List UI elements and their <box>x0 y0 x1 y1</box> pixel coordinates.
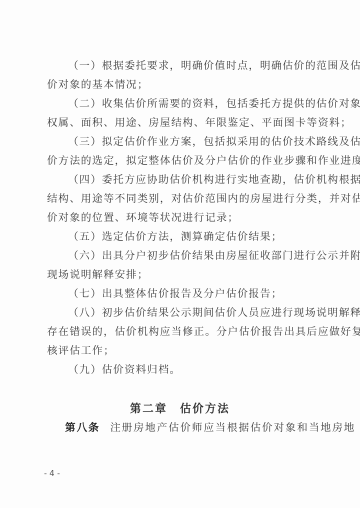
article-label: 第八条 <box>65 422 100 434</box>
text-line: 核评估工作； <box>47 344 115 358</box>
article-paragraph: 第八条注册房地产估价师应当根据估价对象和当地房地 <box>65 419 356 434</box>
text-line: （五）选定估价方法，测算确定估价结果； <box>68 230 283 244</box>
text-line: 结构、用途等不同类别，对估价范围内的房屋进行分类，并对估 <box>47 192 360 206</box>
text-line: （七）出具整体估价报告及分户估价报告； <box>68 287 283 301</box>
chapter-title: 第二章 估价方法 <box>0 400 360 416</box>
article-text: 注册房地产估价师应当根据估价对象和当地房地 <box>110 422 356 434</box>
text-line: 权属、面积、用途、房屋结构、年限鉴定、平面图卡等资料； <box>47 116 352 130</box>
text-line: 价方法的选定，拟定整体估价及分户估价的作业步骤和作业进度； <box>47 154 360 168</box>
text-line: 存在错误的，估价机构应当修正。分户估价报告出具后应做好复 <box>47 325 360 339</box>
text-line: 价对象的基本情况； <box>47 78 149 92</box>
text-line: （一）根据委托要求，明确价值时点，明确估价的范围及估 <box>68 59 360 73</box>
text-line: （三）拟定估价作业方案，包括拟采用的估价技术路线及估 <box>68 135 360 149</box>
text-line: （九）估价资料归档。 <box>68 363 181 377</box>
page-number: - 4 - <box>44 469 60 478</box>
text-line: （六）出具分户初步估价结果由房屋征收部门进行公示并附 <box>68 249 360 263</box>
text-line: （四）委托方应协助估价机构进行实地查勘，估价机构根据 <box>68 173 360 187</box>
document-page: （一）根据委托要求，明确价值时点，明确估价的范围及估价对象的基本情况；（二）收集… <box>0 0 360 508</box>
text-line: （八）初步估价结果公示期间估价人员应进行现场说明解释， <box>68 306 360 320</box>
text-line: （二）收集估价所需要的资料，包括委托方提供的估价对象 <box>68 97 360 111</box>
text-line: 价对象的位置、环境等状况进行记录； <box>47 211 239 225</box>
text-line: 现场说明解释安排； <box>47 268 149 282</box>
